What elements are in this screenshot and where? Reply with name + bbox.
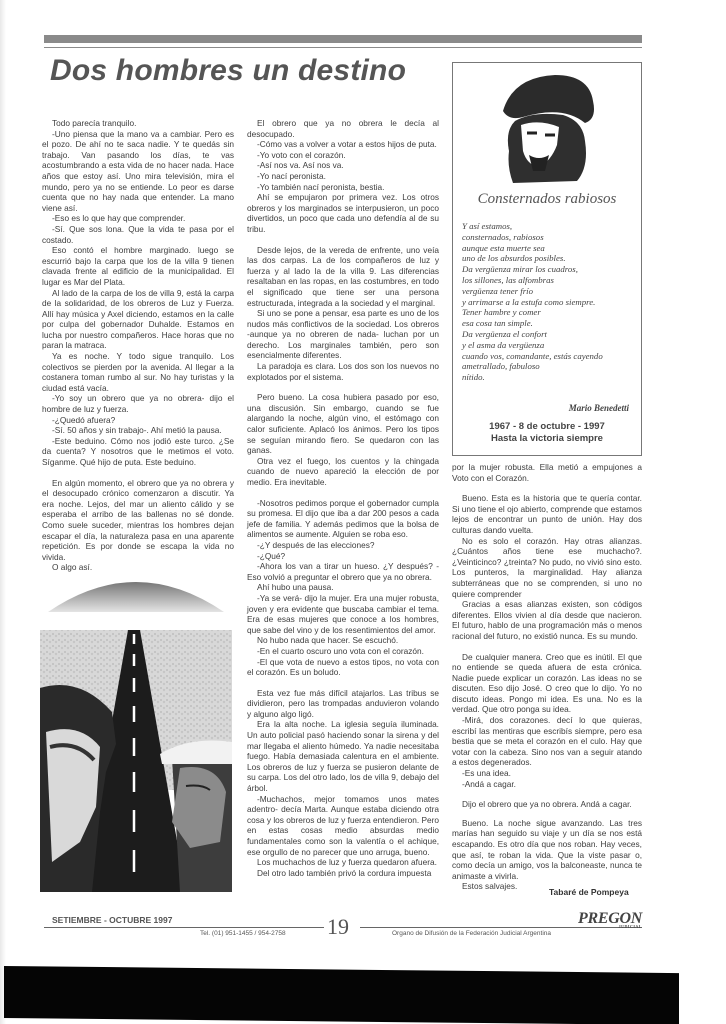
- poem-text: Y así estamos, consternados, rabiosos au…: [462, 221, 638, 383]
- paragraph: -Ya se verá- dijo la mujer. Era una muje…: [247, 593, 439, 635]
- poem-line: ametrallado, fabuloso: [462, 361, 638, 372]
- date-line: 1967 - 8 de octubre - 1997: [453, 421, 641, 433]
- poem-dedication: 1967 - 8 de octubre - 1997 Hasta la vict…: [453, 421, 641, 445]
- paragraph: -Yo nací peronista.: [247, 171, 439, 182]
- paragraph: No hubo nada que hacer. Se escuchó.: [247, 635, 439, 646]
- scan-edge: [0, 0, 6, 1024]
- publication-organ: Organo de Difusión de la Federación Judi…: [392, 930, 551, 937]
- paragraph: -Sí. Que sos lona. Que la vida te pasa p…: [42, 224, 234, 245]
- article-column-1: Todo parecía tranquilo. -Uno piensa que …: [42, 118, 234, 573]
- poem-line: los sillones, las alfombras: [462, 275, 638, 286]
- phone-number: Tel. (01) 951-1455 / 954-2758: [200, 930, 286, 937]
- poem-line: vergüenza tener frío: [462, 286, 638, 297]
- poem-line: Tener hambre y comer: [462, 307, 638, 318]
- paragraph: Gracias a esas alianzas existen, son cód…: [452, 599, 642, 641]
- poem-line: aunque esta muerte sea: [462, 243, 638, 254]
- poem-line: y el asma da vergüenza: [462, 340, 638, 351]
- author-byline: Tabaré de Pompeya: [549, 887, 629, 897]
- paragraph: Era la alta noche. La iglesia seguía ilu…: [247, 719, 439, 793]
- paragraph: Otra vez el fuego, los cuentos y la chin…: [247, 456, 439, 488]
- paragraph: -Mirá, dos corazones. decí lo que quiera…: [452, 715, 642, 768]
- paragraph: La paradoja es clara. Los dos son los nu…: [247, 361, 439, 382]
- paragraph: -Nosotros pedimos porque el gobernador c…: [247, 498, 439, 540]
- slogan: Hasta la victoria siempre: [453, 433, 641, 445]
- paragraph: -Sí. 50 años y sin trabajo-. Ahí metió l…: [42, 425, 234, 436]
- paragraph: -Yo soy un obrero que ya no obrera- dijo…: [42, 393, 234, 414]
- poem-line: Da vergüenza el confort: [462, 329, 638, 340]
- paragraph: -El que vota de nuevo a estos tipos, no …: [247, 657, 439, 678]
- footer-rule-left: [44, 927, 324, 928]
- article-column-3: por la mujer robusta. Ella metió a empuj…: [452, 462, 642, 892]
- poem-line: esa cosa tan simple.: [462, 318, 638, 329]
- header-rule-thin: [44, 47, 642, 48]
- paragraph: Todo parecía tranquilo.: [42, 118, 234, 129]
- paragraph: De cualquier manera. Creo que es inútil.…: [452, 652, 642, 716]
- paragraph: Si uno se pone a pensar, esa parte es un…: [247, 308, 439, 361]
- paragraph: -Muchachos, mejor tomamos unos mates ade…: [247, 794, 439, 858]
- paragraph: El obrero que ya no obrera le decía al d…: [247, 118, 439, 139]
- paragraph: -¿Quedó afuera?: [42, 415, 234, 426]
- poem-line: cuando vos, comandante, estás cayendo: [462, 351, 638, 362]
- pregon-logo: PREGON JUDICIAL: [578, 910, 642, 929]
- paragraph: En algún momento, el obrero que ya no ob…: [42, 478, 234, 563]
- poem-line: consternados, rabiosos: [462, 232, 638, 243]
- poem-line: nítido.: [462, 372, 638, 383]
- paragraph: -¿Qué?: [247, 551, 439, 562]
- paragraph: -Andá a cagar.: [452, 779, 642, 790]
- paragraph: -Este beduino. Cómo nos jodió este turco…: [42, 436, 234, 468]
- paragraph: Ahí se empujaron por primera vez. Los ot…: [247, 192, 439, 234]
- header-rule-thick: [44, 35, 642, 43]
- paragraph: Bueno. Esta es la historia que te quería…: [452, 493, 642, 535]
- poem-line: Da vergüenza mirar los cuadros,: [462, 264, 638, 275]
- paragraph: -Uno piensa que la mano va a cambiar. Pe…: [42, 129, 234, 214]
- paragraph: No es solo el corazón. Hay otras alianza…: [452, 536, 642, 600]
- poem-author: Mario Benedetti: [569, 403, 629, 413]
- scan-shadow: [4, 966, 679, 1024]
- paragraph: Esta vez fue más difícil atajarlos. Las …: [247, 688, 439, 720]
- poem-line: uno de los absurdos posibles.: [462, 253, 638, 264]
- paragraph: Del otro lado también privó la cordura i…: [247, 868, 439, 879]
- paragraph: -Cómo vas a volver a votar a estos hijos…: [247, 139, 439, 150]
- issue-date: SETIEMBRE - OCTUBRE 1997: [52, 915, 172, 925]
- paragraph: Los muchachos de luz y fuerza quedaron a…: [247, 857, 439, 868]
- paragraph: Al lado de la carpa de los de villa 9, e…: [42, 288, 234, 352]
- paragraph: -En el cuarto oscuro uno vota con el cor…: [247, 646, 439, 657]
- paragraph: -Yo también nací peronista, bestia.: [247, 182, 439, 193]
- article-title: Dos hombres un destino: [50, 54, 406, 88]
- paragraph: -Es una idea.: [452, 768, 642, 779]
- poem-title: Consternados rabiosos: [453, 191, 641, 208]
- page-number: 19: [327, 914, 349, 940]
- road-faces-illustration: [40, 572, 232, 892]
- paragraph: -Ahora los van a tirar un hueso. ¿Y desp…: [247, 561, 439, 582]
- article-column-2: El obrero que ya no obrera le decía al d…: [247, 118, 439, 878]
- paragraph: Desde lejos, de la vereda de enfrente, u…: [247, 245, 439, 309]
- paragraph: Bueno. La noche sigue avanzando. Las tre…: [452, 818, 642, 882]
- poem-line: Y así estamos,: [462, 221, 638, 232]
- poem-line: y arrimarse a la estufa como siempre.: [462, 297, 638, 308]
- paragraph: -¿Y después de las elecciones?: [247, 540, 439, 551]
- che-guevara-portrait: [493, 71, 598, 186]
- paragraph: Eso contó el hombre marginado. luego se …: [42, 245, 234, 287]
- paragraph: Dijo el obrero que ya no obrera. Andá a …: [452, 799, 642, 810]
- paragraph: Ya es noche. Y todo sigue tranquilo. Los…: [42, 351, 234, 393]
- paragraph: -Así nos va. Así nos va.: [247, 160, 439, 171]
- poem-sidebar-box: Consternados rabiosos Y así estamos, con…: [452, 62, 642, 456]
- paragraph: -Eso es lo que hay que comprender.: [42, 213, 234, 224]
- paragraph: Ahí hubo una pausa.: [247, 582, 439, 593]
- paragraph: por la mujer robusta. Ella metió a empuj…: [452, 462, 642, 483]
- paragraph: Pero bueno. La cosa hubiera pasado por e…: [247, 392, 439, 456]
- paragraph: -Yo voto con el corazón.: [247, 150, 439, 161]
